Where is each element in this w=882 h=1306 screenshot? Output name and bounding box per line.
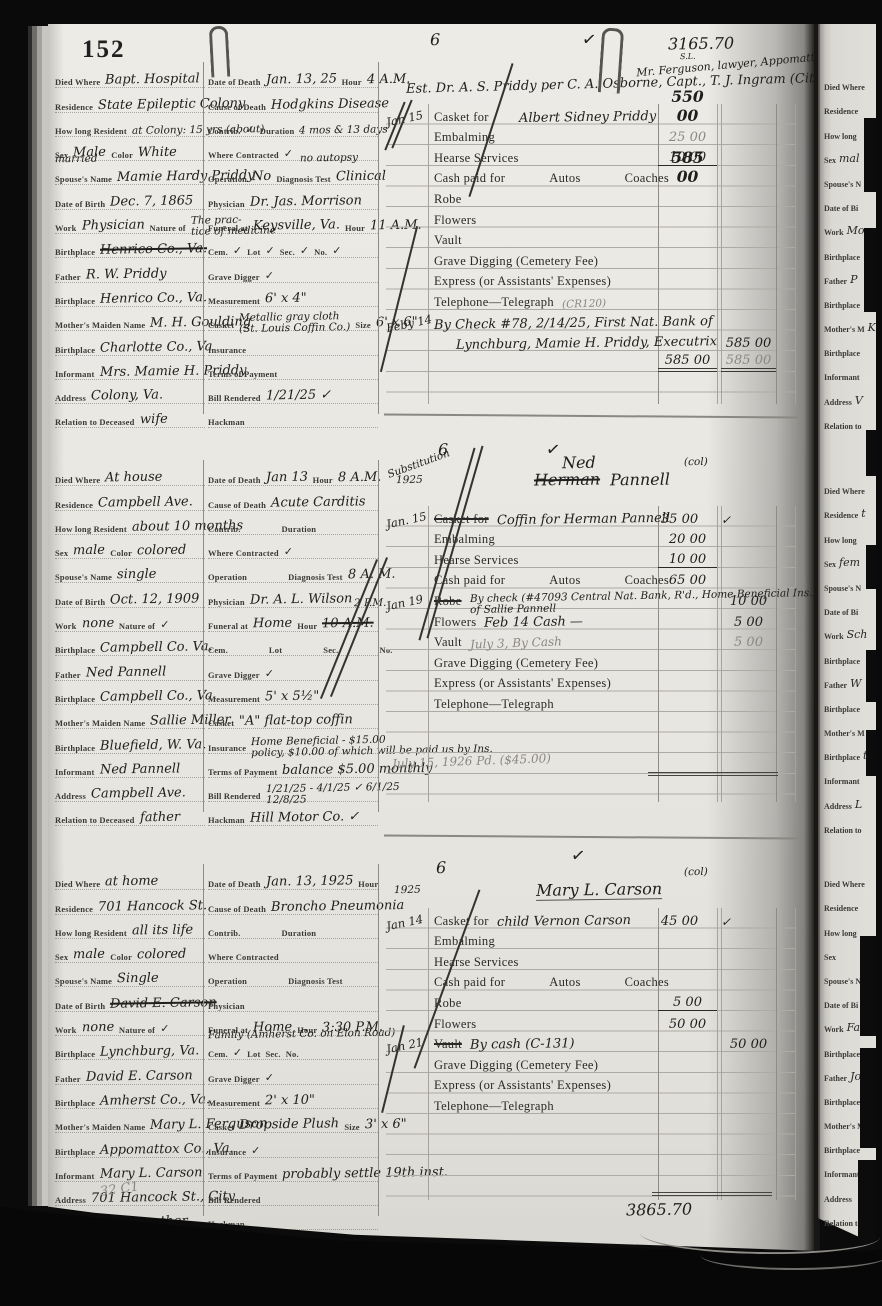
handwritten-value: at home (105, 874, 159, 890)
form-label: Operation (208, 174, 247, 184)
field-row: InformantMrs. Mamie H. Priddy (55, 356, 205, 380)
margin-date (386, 1110, 427, 1119)
form-label: Birthplace (824, 301, 860, 310)
handwritten-fragment: mal (839, 152, 860, 165)
field-row: Date of BirthDavid E. Carson (55, 987, 205, 1011)
field-row: PhysicianDr. Jas. Morrison (208, 185, 378, 209)
amount-col1: 550 00 (658, 87, 717, 125)
field-row: WorknoneNature of✓ (55, 1012, 205, 1036)
margin-date (386, 367, 427, 376)
handwritten-value: Dr. A. L. Wilson (250, 591, 353, 607)
next-page-field-row: Birthplace (824, 334, 882, 358)
form-label: Died Where (55, 475, 100, 485)
field-row: CasketDropside PlushSize3' x 6" (208, 1109, 378, 1133)
form-label: Grave Digger (208, 1074, 260, 1084)
check-mark: ✓ (545, 439, 562, 461)
field-row: Grave Digger✓ (208, 258, 378, 282)
form-label: Address (824, 1195, 852, 1204)
form-label: Birthplace (55, 694, 95, 704)
billing-label: Embalming (434, 532, 495, 547)
form-label: Mother's M (824, 729, 865, 738)
field-row: Relation to Deceasedfather (55, 802, 205, 826)
name-struck: Herman (534, 470, 600, 490)
form-label: Date of Bi (824, 1001, 858, 1010)
note-estate: Est. Dr. A. S. Priddy per C. A. Osborne,… (406, 70, 856, 97)
field-row: Date of DeathJan. 13, 25Hour4 A.M. (208, 64, 378, 88)
handwritten-fragment: t (861, 507, 865, 520)
photo-edge-left (0, 0, 30, 1306)
handwritten-value: Campbell Ave. (98, 494, 193, 510)
next-page-field-row: Residence (824, 92, 882, 116)
form-label: Address (824, 802, 852, 811)
field-row: Cause of DeathHodgkins Disease (208, 88, 378, 112)
form-label: Spouse's N (824, 977, 861, 986)
billing-desc: Hearse Services (428, 151, 658, 166)
field-row: SexmaleColorcolored (55, 939, 205, 963)
form-label: Work (55, 1025, 77, 1035)
field-row: Grave Digger✓ (208, 656, 378, 680)
record1-billing: 3165.70 S.L. Mr. Ferguson, lawyer, Appom… (386, 30, 798, 414)
form-label: Where Contracted (208, 952, 279, 962)
billing-desc: VaultJuly 3, By Cash (428, 635, 658, 650)
billing-row: Embalming (386, 929, 796, 950)
form-label: Hour (342, 77, 362, 87)
form-label: Size (355, 320, 370, 330)
page-number: 152 (82, 36, 126, 64)
form-label: Died Where (824, 880, 865, 889)
amount-col1: 45 00 (650, 914, 709, 929)
form-label: Mother's M (824, 325, 865, 334)
next-page-field-row: Relation to (824, 811, 882, 835)
form-label: Date of Birth (55, 199, 105, 209)
form-label: Work (824, 1025, 844, 1034)
form-label: Address (55, 1195, 86, 1205)
handwritten-value: Coffin for Herman Pannell (497, 510, 670, 527)
billing-row: Grave Digging (Cemetery Fee) (386, 248, 796, 269)
form-label: Measurement (208, 1098, 260, 1108)
form-label: Lot (269, 645, 282, 655)
form-label: Measurement (208, 296, 260, 306)
field-row: Measurement5' x 5½" (208, 681, 378, 705)
field-row: InformantMary L. Carson (55, 1158, 205, 1182)
form-label: Spouse's N (824, 584, 861, 593)
billing-label: Flowers (434, 1017, 476, 1032)
form-label: Duration (282, 524, 317, 534)
check-mark: ✓ (265, 667, 274, 680)
form-label: Cem. (208, 645, 228, 655)
next-page-field-row: Residencet (824, 496, 882, 520)
form-label: Date of Birth (55, 1001, 105, 1011)
billing-row: Hearse Services10 00 (386, 145, 796, 166)
form-label: Hour (297, 621, 317, 631)
next-page-field-row: How long (824, 913, 882, 937)
record-separator (384, 835, 798, 839)
handwritten-value: 8 A.M. (338, 470, 382, 486)
form-label: Physician (208, 199, 245, 209)
paper-clip (209, 26, 231, 78)
handwritten-fragment: fem (839, 556, 860, 569)
handwritten-fragment: Mo (847, 224, 865, 237)
column-divider (378, 460, 379, 812)
billing-row: Hearse Services (386, 949, 796, 970)
billing-label: Autos (549, 975, 580, 990)
column-divider (378, 62, 379, 414)
form-label: Mother's Maiden Name (55, 718, 145, 728)
form-label: Date of Death (208, 879, 261, 889)
form-label: Informant (55, 1171, 95, 1181)
ink-flourish: 6 (438, 440, 448, 459)
form-label: Birthplace (55, 345, 95, 355)
form-label: Cause of Death (208, 904, 266, 914)
billing-desc: Grave Digging (Cemetery Fee) (428, 656, 658, 671)
form-label: Hackman (208, 815, 245, 825)
ink-flourish: 6 (430, 30, 440, 49)
paper-clip (598, 27, 624, 93)
billing-desc: Cash paid forAutosCoaches (428, 171, 658, 186)
field-row: WorkPhysicianNature ofThe prac-tice of m… (55, 210, 205, 234)
record2-left-fields: Died WhereAt houseResidenceCampbell Ave.… (55, 462, 205, 826)
billing-row: Embalming25 00 (386, 125, 796, 146)
form-label: Casket (208, 1122, 234, 1132)
check-mark: ✓ (160, 1022, 169, 1035)
column-divider (203, 62, 204, 414)
form-label: Birthplace (824, 705, 860, 714)
form-label: How long (824, 132, 857, 141)
billing-label: Vault (434, 233, 462, 248)
field-row: Casket"A" flat-top coffin (208, 705, 378, 729)
amount-col2: ✓ (713, 915, 776, 929)
record-separator (384, 414, 798, 418)
form-label: Nature of (119, 621, 155, 631)
record3-left-fields: Died Whereat homeResidence701 Hancock St… (55, 866, 205, 1230)
field-row: Terms of Paymentbalance $5.00 monthly (208, 754, 378, 778)
form-label: Duration (260, 126, 295, 136)
amount-col1: 10 00 (658, 552, 717, 568)
check-mark: ✓ (284, 147, 293, 160)
handwritten-fragment: V (855, 394, 863, 407)
name-last: Pannell (610, 470, 670, 490)
running-total: 3165.70 (668, 34, 734, 54)
form-label: Insurance (208, 1147, 246, 1157)
check-mark: ✓ (233, 1046, 242, 1059)
billing-desc: Embalming (428, 532, 658, 547)
page-total: 3865.70 (626, 1200, 692, 1220)
handwritten-value: Acute Carditis (271, 494, 366, 510)
record2-billing: Substitution 1925 6 ✓ Herman Ned Pannell… (386, 442, 798, 816)
form-label: Where Contracted (208, 548, 279, 558)
form-label: Address (55, 791, 86, 801)
form-label: Terms of Payment (208, 369, 277, 379)
form-label: Mother's Maiden Name (55, 320, 145, 330)
handwritten-value: Campbell Co., Va. (100, 688, 217, 705)
handwritten-value: all its life (132, 922, 193, 938)
form-label: Casket (208, 718, 234, 728)
field-row: Bill Rendered (208, 1182, 378, 1206)
handwritten-value: Bapt. Hospital (105, 72, 200, 88)
field-row: Mother's Maiden NameM. H. Goulding (55, 307, 205, 331)
field-row: BirthplaceAppomattox Co., Va. (55, 1133, 205, 1157)
field-row: Contrib.Duration (208, 511, 378, 535)
handwritten-value: male (73, 947, 105, 962)
form-label: Birthplace (824, 1146, 860, 1155)
billing-label: Vault (434, 1037, 462, 1052)
billing-label: Flowers (434, 213, 476, 228)
form-label: Mother's M (824, 1122, 865, 1131)
handwritten-value: Ned Pannell (99, 761, 179, 777)
column-divider (378, 864, 379, 1216)
handwritten-value: Keysville, Va. (253, 217, 340, 233)
amount-col2: 5 00 (721, 615, 776, 630)
billing-desc: Embalming (428, 130, 658, 145)
form-label: Work (55, 621, 77, 631)
next-page-field-row: Relation to (824, 407, 882, 431)
field-row: BirthplaceHenrico Co., Va. (55, 234, 205, 258)
handwritten-value: Physician (81, 218, 144, 234)
form-label: Bill Rendered (208, 791, 261, 801)
form-label: Diagnosis Test (276, 174, 331, 184)
billing-row: Telephone—Telegraph(CR120) (386, 289, 796, 310)
handwritten-value: Family (Amherst Co. on Elon Road) (208, 1027, 396, 1042)
billing-row: Cash paid forAutosCoaches65 00 (386, 568, 796, 589)
form-label: Informant (55, 369, 95, 379)
handwritten-value: Bluefield, W. Va. (100, 737, 207, 753)
form-label: Sex (55, 548, 68, 558)
billing-desc: By Check #78, 2/14/25, First Nat. Bank o… (428, 316, 658, 331)
handwritten-fragment: L (855, 798, 862, 811)
form-label: Bill Rendered (208, 1195, 261, 1205)
name-corrected: Ned (562, 453, 596, 472)
handwritten-value: Henrico Co., Va. (100, 290, 207, 306)
field-row: Spouse's NameSingle (55, 963, 205, 987)
field-row: InsuranceHome Beneficial - $15.00policy,… (208, 729, 378, 753)
form-label: Father (824, 681, 847, 690)
form-label: No. (286, 1049, 299, 1059)
billing-desc: Express (or Assistants' Expenses) (428, 274, 658, 289)
check-mark: ✓ (284, 545, 293, 558)
amount-col1: 50 00 (658, 1017, 717, 1032)
pencil-note: (CR120) (562, 297, 607, 311)
billing-row: Cash paid forAutosCoaches585 00 (386, 166, 796, 187)
handwritten-value: 6' x 4" (265, 291, 307, 307)
form-label: Date of Death (208, 475, 261, 485)
form-label: Hour (313, 475, 333, 485)
billing-label: Grave Digging (Cemetery Fee) (434, 1058, 598, 1073)
billing-label: Telephone—Telegraph (434, 697, 554, 712)
handwritten-value: "A" flat-top coffin (239, 712, 353, 729)
check-mark: ✓ (300, 244, 309, 257)
form-label: How long Resident (55, 928, 127, 938)
form-label: Duration (282, 928, 317, 938)
amount-col2: 585 00 (721, 336, 776, 351)
handwritten-value: Dr. Jas. Morrison (250, 193, 362, 210)
billing-desc: FlowersFeb 14 Cash — (428, 615, 658, 630)
form-label: Sex (824, 560, 836, 569)
form-label: Funeral at (208, 223, 248, 233)
billing-label: Coaches (625, 171, 669, 186)
form-label: Work (824, 228, 844, 237)
check-mark: ✓ (581, 29, 598, 51)
field-row: HackmanHill Motor Co. ✓ (208, 802, 378, 826)
field-row: OperationDiagnosis Test8 A. M. (208, 559, 378, 583)
year-note: 1925 (396, 474, 423, 486)
field-row: Contrib.✓Duration4 mos & 13 days (208, 113, 378, 137)
form-label: Residence (824, 511, 858, 520)
handwritten-value: Amherst Co., Va. (100, 1092, 210, 1109)
form-label: Contrib. (208, 928, 241, 938)
form-label: Color (110, 952, 132, 962)
form-label: Relation to Deceased (55, 815, 135, 825)
next-page-field-row: Died Where (824, 68, 882, 92)
field-row: Contrib.Duration (208, 915, 378, 939)
check-mark: ✓ (265, 1071, 274, 1084)
form-label: Hackman (208, 417, 245, 427)
form-label: Color (110, 548, 132, 558)
form-label: Birthplace (824, 753, 860, 762)
handwritten-value: Ned Pannell (86, 664, 166, 680)
billing-row: Lynchburg, Mamie H. Priddy, Executrix585… (386, 331, 796, 352)
form-label: Residence (55, 904, 93, 914)
form-label: Sec. (280, 247, 295, 257)
check-mark: ✓ (160, 618, 169, 631)
field-row: FatherR. W. Priddy (55, 258, 205, 282)
billing-label: Grave Digging (Cemetery Fee) (434, 656, 598, 671)
form-label: Died Where (824, 487, 865, 496)
billing-row: Telephone—Telegraph (386, 1093, 796, 1114)
handwritten-value: Jan. 13, 1925 (266, 874, 354, 890)
field-row: SexmaleColorcolored (55, 535, 205, 559)
field-row: BirthplaceCampbell Co., Va. (55, 681, 205, 705)
form-label: Sec. (266, 1049, 281, 1059)
billing-label: Autos (549, 171, 580, 186)
form-label: How long Resident (55, 126, 127, 136)
field-row: InformantNed Pannell (55, 754, 205, 778)
total-annotation: S.L. (680, 52, 696, 61)
handwritten-value: Jan. 13, 25 (266, 72, 337, 88)
form-label: Residence (55, 102, 93, 112)
billing-row: Jan 21VaultBy cash (C-131)50 00 (386, 1032, 796, 1053)
billing-label: Express (or Assistants' Expenses) (434, 1078, 611, 1093)
handwritten-fragment: W (850, 677, 861, 690)
form-label: Spouse's Name (55, 174, 112, 184)
handwritten-value: 701 Hancock St. (98, 898, 207, 915)
field-row: ResidenceCampbell Ave. (55, 486, 205, 510)
billing-desc: Telephone—Telegraph(CR120) (428, 295, 658, 310)
field-row: BirthplaceHenrico Co., Va. (55, 283, 205, 307)
billing-label: Embalming (434, 934, 495, 949)
field-row: Terms of Payment (208, 356, 378, 380)
field-row: BirthplaceBluefield, W. Va. (55, 729, 205, 753)
form-label: Physician (208, 597, 245, 607)
billing-desc: Lynchburg, Mamie H. Priddy, Executrix (428, 336, 658, 351)
form-label: Operation (208, 572, 247, 582)
field-row: Funeral atKeysville, Va.Hour11 A.M. (208, 210, 378, 234)
billing-row: Jan 15Casket forAlbert Sidney Priddy550 … (386, 104, 796, 125)
handwritten-fragment: Fa (847, 1021, 860, 1034)
billing-row: Flowers50 00 (386, 1011, 796, 1032)
field-row: Physician (208, 987, 378, 1011)
handwritten-value: colored (137, 947, 187, 963)
total-rule (648, 772, 778, 776)
form-label: Measurement (208, 694, 260, 704)
billing-desc: Telephone—Telegraph (428, 697, 658, 712)
form-label: Cause of Death (208, 500, 266, 510)
form-label: Color (111, 150, 133, 160)
field-row: AddressColony, Va. (55, 380, 205, 404)
field-row: FatherDavid E. Carson (55, 1060, 205, 1084)
form-label: No. (314, 247, 327, 257)
field-row: Measurement2' x 10" (208, 1085, 378, 1109)
amount-col2: 50 00 (721, 1037, 776, 1052)
billing-desc: Grave Digging (Cemetery Fee) (428, 254, 658, 269)
form-label: Father (824, 1074, 847, 1083)
form-label: Father (824, 277, 847, 286)
handwritten-value: Feb 14 Cash — (484, 614, 583, 630)
field-row: Cause of DeathBroncho Pneumonia (208, 890, 378, 914)
photo-edge-right (876, 24, 882, 1284)
form-label: Nature of (149, 223, 185, 233)
ledger-page: 152 Died WhereBapt. HospitalResidenceSta… (48, 24, 814, 1252)
handwritten-value: child Vernon Carson (497, 913, 631, 930)
billing-label: Express (or Assistants' Expenses) (434, 274, 611, 289)
next-page-field-row: Residence (824, 889, 882, 913)
field-row: Where Contracted✓ (208, 535, 378, 559)
deceased-name: Mary L. Carson (536, 879, 662, 901)
next-page-field-row: Mother's MKooper (824, 310, 882, 334)
handwritten-value: R. W. Priddy (86, 266, 167, 282)
record1-left-fields: Died WhereBapt. HospitalResidenceState E… (55, 64, 205, 428)
billing-row: Jan. 15Casket forCoffin for Herman Panne… (386, 506, 796, 527)
field-row: Measurement6' x 4" (208, 283, 378, 307)
field-row: Family (Amherst Co. on Elon Road)Cem.✓Lo… (208, 1036, 378, 1060)
handwritten-value: no autopsy (300, 152, 358, 165)
field-row: WorknoneNature of✓ (55, 608, 205, 632)
total-rule (652, 1192, 772, 1196)
field-row: Spouse's Namesingle (55, 559, 205, 583)
handwritten-value: By cash (C-131) (470, 1036, 575, 1052)
form-label: Spouse's Name (55, 976, 112, 986)
amount-col2: 585 00 (721, 353, 776, 372)
record3-mid-fields: Date of DeathJan. 13, 1925HourCause of D… (208, 866, 378, 1230)
field-row: Terms of Paymentprobably settle 19th ins… (208, 1158, 378, 1182)
field-row: AddressCampbell Ave. (55, 778, 205, 802)
form-label: Hour (345, 223, 365, 233)
form-label: Mother's Maiden Name (55, 1122, 145, 1132)
field-row: BirthplaceLynchburg, Va. (55, 1036, 205, 1060)
form-label: Residence (55, 500, 93, 510)
field-row: Grave Digger✓ (208, 1060, 378, 1084)
billing-label: Coaches (625, 975, 669, 990)
billing-row: Express (or Assistants' Expenses) (386, 1073, 796, 1094)
photo-edge-top (0, 0, 882, 26)
handwritten-value: Campbell Ave. (91, 785, 186, 801)
billing-desc: Express (or Assistants' Expenses) (428, 1078, 658, 1093)
billing-label: Hearse Services (434, 151, 519, 166)
billing-row: Vault (386, 228, 796, 249)
form-label: Hackman (208, 1219, 245, 1229)
form-label: Informant (824, 1170, 860, 1179)
billing-row: FlowersFeb 14 Cash —5 00 (386, 609, 796, 630)
page-curl-line (700, 1240, 882, 1270)
record3-ledger-rows: Jan 14Casket forchild Vernon Carson45 00… (386, 908, 796, 1200)
billing-row: Robe (386, 186, 796, 207)
form-label: Relation to (824, 826, 862, 835)
handwritten-fragment: Sch (847, 628, 868, 641)
form-label: Work (55, 223, 77, 233)
handwritten-value: Hill Motor Co. ✓ (250, 810, 359, 827)
field-row: PhysicianDr. A. L. Wilson (208, 583, 378, 607)
form-label: Date of Bi (824, 608, 858, 617)
field-row: BirthplaceCampbell Co. Va. (55, 632, 205, 656)
